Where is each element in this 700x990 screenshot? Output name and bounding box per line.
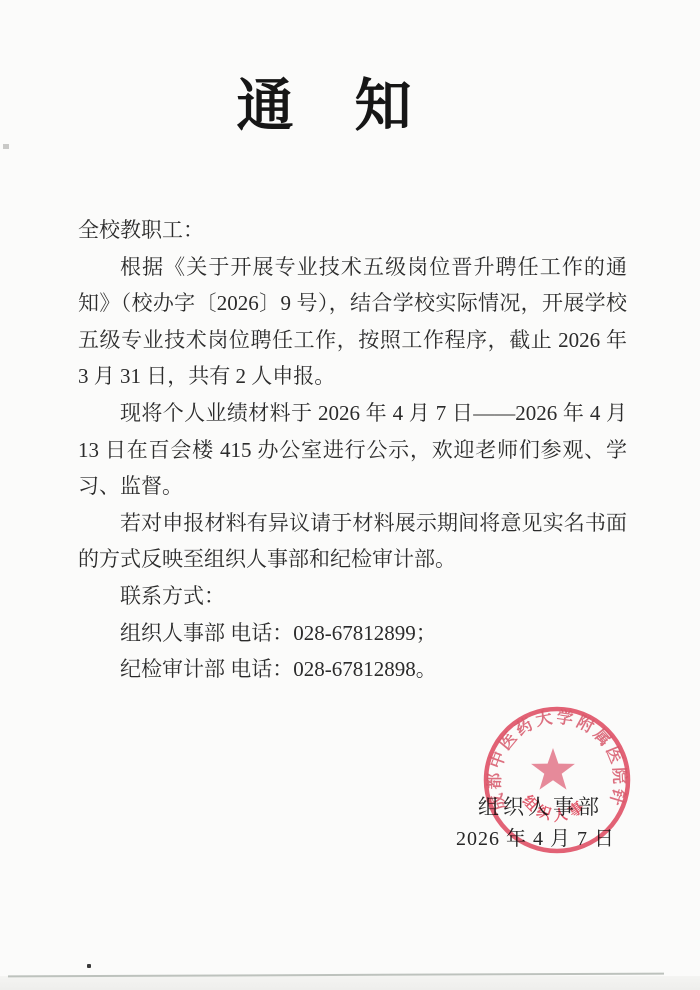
official-seal-stamp: 成都中医药大学附属医院针灸学校 组织人事部	[482, 705, 632, 855]
notice-body: 全校教职工： 根据《关于开展专业技术五级岗位晋升聘任工作的通知》（校办字〔202…	[78, 212, 627, 688]
body-paragraph: 若对申报材料有异议请于材料展示期间将意见实名书面的方式反映至组织人事部和纪检审计…	[78, 505, 627, 578]
contact-line-personnel: 组织人事部 电话：028-67812899；	[78, 615, 627, 652]
seal-star-icon	[531, 748, 575, 790]
scan-speck	[3, 144, 9, 149]
salutation-line: 全校教职工：	[78, 212, 627, 249]
body-paragraph: 根据《关于开展专业技术五级岗位晋升聘任工作的通知》（校办字〔2026〕9 号），…	[78, 249, 627, 395]
contact-heading: 联系方式：	[78, 578, 627, 615]
scanned-notice-page: 通 知 全校教职工： 根据《关于开展专业技术五级岗位晋升聘任工作的通知》（校办字…	[0, 0, 700, 990]
scan-speck	[87, 964, 91, 968]
body-paragraph: 现将个人业绩材料于 2026 年 4 月 7 日——2026 年 4 月 13 …	[78, 395, 627, 505]
scan-edge-strip	[0, 976, 700, 990]
notice-title: 通 知	[0, 74, 650, 140]
contact-line-audit: 纪检审计部 电话：028-67812898。	[78, 651, 627, 688]
